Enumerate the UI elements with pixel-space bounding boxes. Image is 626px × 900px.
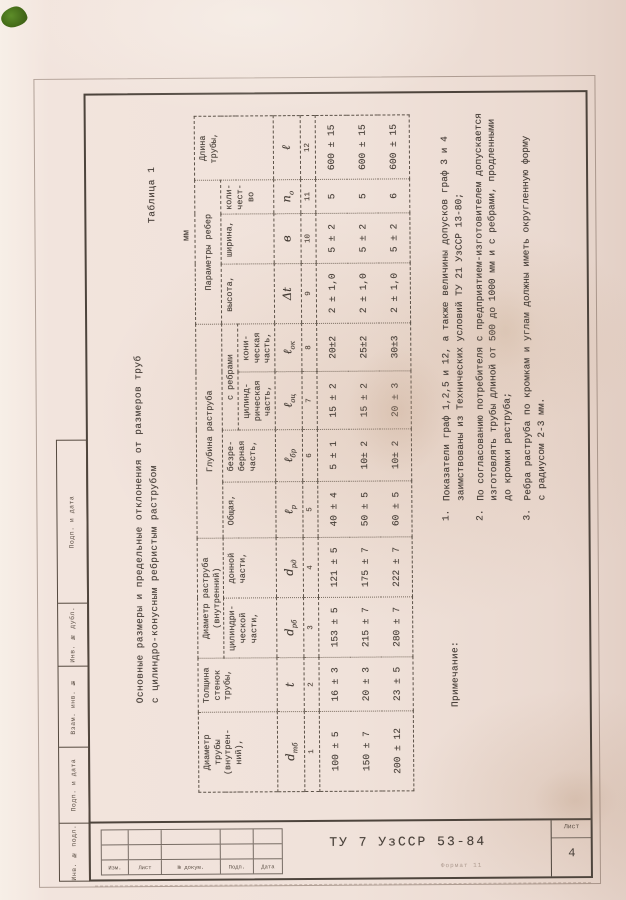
revision-label: Изм. <box>102 860 129 874</box>
scanned-document-page: { "doc": { "table_label": "Таблица 1", "… <box>0 0 626 900</box>
table-row: 200 ± 12 23 ± 5 280 ± 7 222 ± 7 60 ± 5 1… <box>377 115 413 791</box>
units-label: мм <box>181 230 191 241</box>
rotated-content: Основные размеры и предельные отклонения… <box>86 92 581 821</box>
notes-label: Примечание: <box>449 641 460 707</box>
table-cell: 15 ± 2 <box>317 371 349 429</box>
revision-header-row: Изм. Лист № докум. Подп. Дата <box>102 859 282 874</box>
notes-items: 1. Показатели граф 1,2,5 и 12, а также в… <box>438 100 549 521</box>
col-symbol: dрб <box>276 598 303 658</box>
table-cell: 222 ± 7 <box>380 537 412 597</box>
dimensions-table: Диаметр трубы (внутрен- ний), Толщина ст… <box>194 114 414 793</box>
col-symbol: ℓ <box>273 116 300 180</box>
notes-section: Примечание: 1. Показатели граф 1,2,5 и 1… <box>438 100 557 707</box>
revision-row-empty <box>102 829 282 845</box>
col-symbol: ℓбр <box>275 430 302 482</box>
col-symbol: t <box>277 658 304 712</box>
table-cell: 600 ± 15 <box>346 115 377 179</box>
table-cell: 600 ± 15 <box>315 115 347 179</box>
table-cell: 20 ± 3 <box>379 371 411 429</box>
col-number: 2 <box>304 657 319 711</box>
table-cell: 16 ± 3 <box>319 657 351 711</box>
note-text: По согласованию потребителя с предприяти… <box>471 113 515 501</box>
margin-cell: Взам. инв. № <box>59 667 89 748</box>
format-note: Формат 11 <box>441 862 482 869</box>
col-symbol: ℓок <box>274 324 301 372</box>
col-symbol: dтб <box>277 712 305 792</box>
col-number: 4 <box>303 537 318 597</box>
note-text: Ребра раструба по кромкам и углам должны… <box>519 136 549 501</box>
col-group-header: с ребрами <box>222 324 238 430</box>
margin-cell: Подп. и дата <box>59 748 89 824</box>
table-cell: 280 ± 7 <box>381 597 413 657</box>
note-number: 3. <box>521 500 549 520</box>
col-symbol: Δt <box>274 264 301 324</box>
col-header: Толщина стенок трубы, <box>198 658 277 713</box>
col-number: 9 <box>301 263 316 323</box>
margin-label: Подп. и дата <box>70 759 77 812</box>
table-cell: 5 ± 2 <box>378 213 410 263</box>
note-number: 2. <box>474 501 515 521</box>
table-cell: 40 ± 4 <box>317 481 349 537</box>
table-cell: 20 ± 3 <box>350 657 381 711</box>
table-cell: 153 ± 5 <box>318 597 350 657</box>
sheet-number-box: Лист 4 <box>551 820 592 876</box>
table-cell: 121 ± 5 <box>318 537 350 597</box>
table-cell: 215 ± 7 <box>350 597 381 657</box>
margin-cell: Инв. № дубл. <box>58 604 87 667</box>
col-number: 12 <box>300 115 315 179</box>
table-row: 150 ± 7 20 ± 3 215 ± 7 175 ± 7 50 ± 5 10… <box>346 115 382 791</box>
table-cell: 100 ± 5 <box>319 711 351 791</box>
table-cell: 6 <box>378 179 410 213</box>
col-header: Общая, <box>223 482 276 538</box>
col-number: 11 <box>300 179 315 213</box>
col-number: 8 <box>301 323 316 371</box>
col-header: коли- чест- во <box>221 180 274 214</box>
col-header: безре- берная часть, <box>223 430 276 482</box>
note-number: 1. <box>440 501 468 521</box>
col-header: цилинд- рическая часть, <box>238 372 275 430</box>
col-header: цилиндри- ческой части, <box>224 598 277 658</box>
sheet-number: 4 <box>552 846 592 860</box>
col-group-header: Параметры ребер <box>195 180 222 324</box>
document-number: ТУ 7 УзССР 53-84 <box>308 834 508 850</box>
table-cell: 5 ± 1 <box>317 429 349 481</box>
revision-label: Лист <box>129 860 162 874</box>
table-cell: 50 ± 5 <box>349 481 380 537</box>
col-header: Диаметр трубы (внутрен- ний), <box>198 712 277 793</box>
table-cell: 175 ± 7 <box>349 537 380 597</box>
note-text: Показатели граф 1,2,5 и 12, а также вели… <box>438 136 468 501</box>
table-cell: 20±2 <box>316 323 348 371</box>
table-cell: 25±2 <box>348 323 379 371</box>
table-cell: 2 ± 1,0 <box>316 263 348 323</box>
margin-label: Инв. № дубл. <box>69 607 76 663</box>
note-item: 3. Ребра раструба по кромкам и углам дол… <box>518 100 548 520</box>
margin-cell: Подп. и дата <box>57 441 87 604</box>
table-cell: 150 ± 7 <box>351 711 383 791</box>
note-item: 1. Показатели граф 1,2,5 и 12, а также в… <box>438 101 468 521</box>
margin-label: Взам. инв. № <box>70 679 77 735</box>
table-cell: 60 ± 5 <box>380 481 412 537</box>
col-number: 6 <box>302 429 317 481</box>
note-item: 2. По согласованию потребителя с предпри… <box>471 101 515 521</box>
table-cell: 2 ± 1,0 <box>378 263 410 323</box>
table-row: 100 ± 5 16 ± 3 153 ± 5 121 ± 5 40 ± 4 5 … <box>315 115 351 791</box>
col-number: 1 <box>304 711 320 791</box>
col-group-header: Диаметр раструба (внутренний) <box>197 538 224 658</box>
revision-label: № докум. <box>162 860 221 874</box>
table-cell: 2 ± 1,0 <box>347 263 378 323</box>
sheet: Подп. и дата Инв. № дубл. Взам. инв. № П… <box>0 0 626 900</box>
col-header: ширина, <box>221 214 274 264</box>
col-number: 3 <box>303 597 318 657</box>
col-symbol: dрд <box>276 538 303 598</box>
col-number: 10 <box>301 213 316 263</box>
col-symbol: ℓр <box>275 482 302 538</box>
col-header: высота, <box>221 264 274 324</box>
table-cell: 15 ± 2 <box>348 371 379 429</box>
table-cell: 5 ± 2 <box>316 213 348 263</box>
revision-label: Дата <box>254 859 282 873</box>
table-cell: 23 ± 5 <box>381 657 413 711</box>
table-caption: Таблица 1 <box>146 166 157 223</box>
col-header: донной части, <box>223 538 276 598</box>
divider <box>552 837 592 838</box>
col-symbol: в <box>274 214 301 264</box>
revision-table: Изм. Лист № докум. Подп. Дата <box>101 828 283 875</box>
revision-label: Подп. <box>221 859 254 873</box>
document-title: Основные размеры и предельные отклонения… <box>131 355 163 703</box>
table-cell: 30±3 <box>379 323 411 371</box>
table-cell: 10± 2 <box>349 429 380 481</box>
col-number: 5 <box>302 481 317 537</box>
margin-cell: Инв. № подл. <box>60 824 89 881</box>
col-header: Длина трубы, <box>194 116 273 181</box>
table-cell: 5 <box>315 179 347 213</box>
table-cell: 5 ± 2 <box>347 213 378 263</box>
margin-label: Инв. № подл. <box>71 824 78 880</box>
col-symbol: nо <box>273 180 300 214</box>
col-symbol: ℓоц <box>275 372 302 430</box>
margin-strip: Подп. и дата Инв. № дубл. Взам. инв. № П… <box>56 440 90 882</box>
table-cell: 600 ± 15 <box>377 115 409 179</box>
table-cell: 200 ± 12 <box>382 711 414 791</box>
margin-label: Подп. и дата <box>68 495 75 548</box>
table-cell: 10± 2 <box>380 429 412 481</box>
col-group-header: Глубина раструба <box>196 324 224 538</box>
col-header: кони- ческая часть, <box>237 324 274 372</box>
revision-row-empty <box>102 844 282 860</box>
col-number: 7 <box>302 371 317 429</box>
table-cell: 5 <box>347 179 378 213</box>
sheet-label: Лист <box>552 823 592 830</box>
